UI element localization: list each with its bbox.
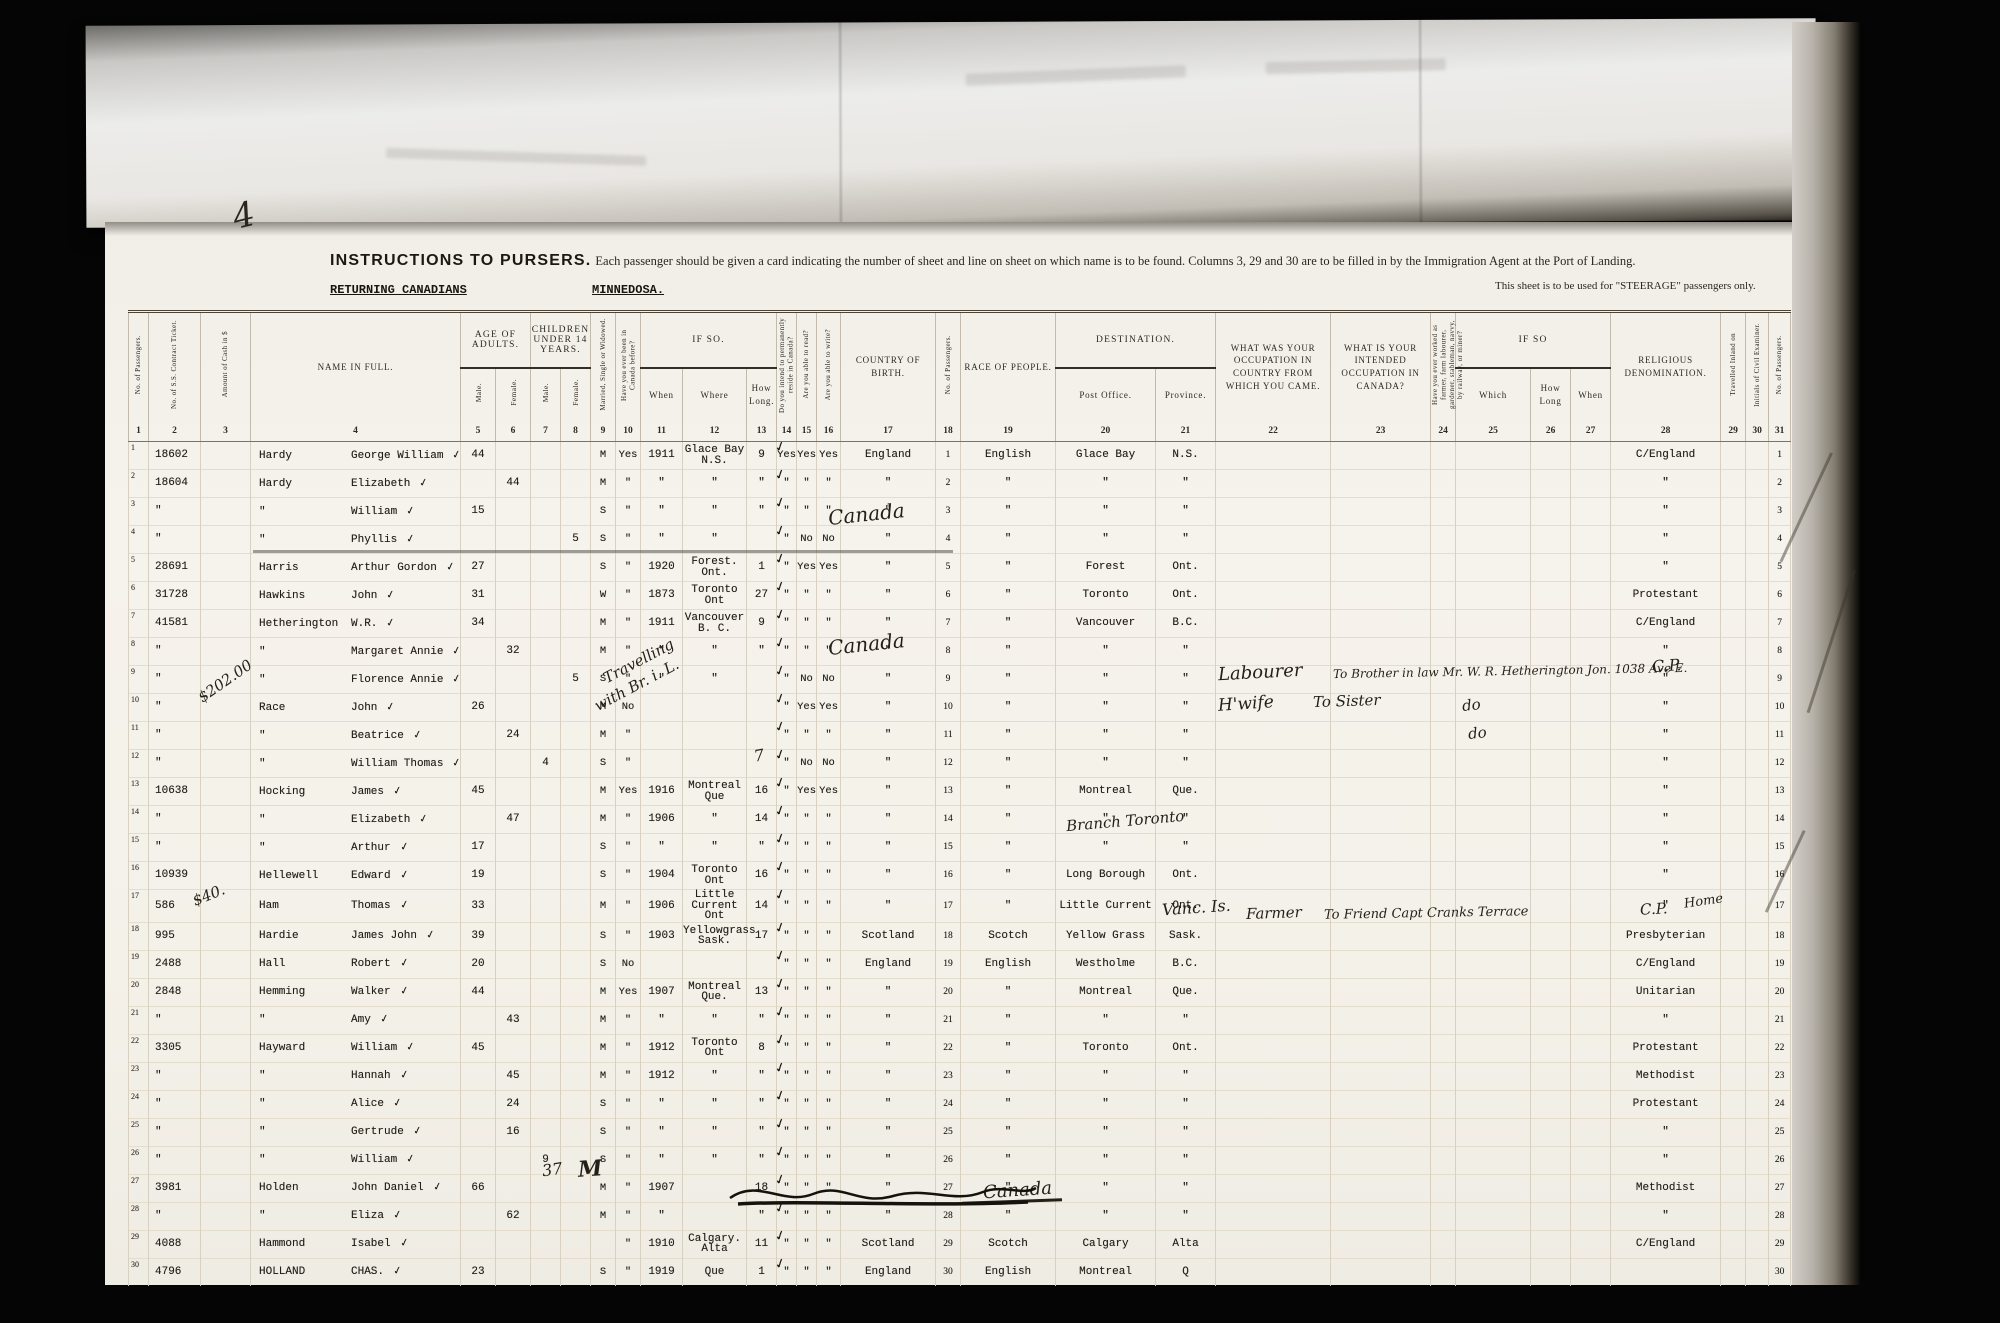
table-cell: [561, 1006, 591, 1034]
table-cell: ": [797, 1118, 817, 1146]
table-cell: "✓: [747, 1006, 777, 1034]
table-cell: [1721, 1062, 1746, 1090]
table-cell: ": [1611, 834, 1721, 862]
checkmark-icon: ✓: [406, 505, 415, 517]
table-cell: [531, 694, 561, 722]
table-cell: England: [841, 1258, 936, 1286]
table-cell: M: [591, 638, 616, 666]
table-cell: [561, 442, 591, 470]
table-cell: ": [1056, 1006, 1156, 1034]
table-cell: ": [683, 638, 747, 666]
table-cell: ✓: [747, 950, 777, 978]
table-cell: "Arthur✓: [251, 834, 461, 862]
table-cell: Glace Bay: [1056, 442, 1156, 470]
table-cell: 19: [461, 862, 496, 890]
table-cell: 10638: [149, 778, 201, 806]
table-cell: [1571, 978, 1611, 1006]
table-cell: [1571, 834, 1611, 862]
table-area: No. of Passengers.No. of S.S. Contract T…: [128, 310, 1790, 1286]
table-cell: ": [817, 582, 841, 610]
table-cell: "✓: [747, 1118, 777, 1146]
table-cell: [1611, 1258, 1721, 1286]
table-cell: [1531, 750, 1571, 778]
table-cell: ": [797, 582, 817, 610]
table-cell: HallRobert✓: [251, 950, 461, 978]
table-cell: 20: [461, 950, 496, 978]
table-cell: Toronto Ont: [683, 1034, 747, 1062]
table-cell: 39: [461, 922, 496, 950]
table-cell: ": [777, 638, 797, 666]
table-cell: [201, 1146, 251, 1174]
table-cell: M: [591, 1062, 616, 1090]
table-cell: [1571, 862, 1611, 890]
table-cell: 18602: [149, 442, 201, 470]
table-cell: [201, 1090, 251, 1118]
table-cell: 21: [129, 1006, 149, 1034]
table-cell: ": [961, 582, 1056, 610]
table-cell: [531, 978, 561, 1006]
table-cell: [1431, 978, 1456, 1006]
table-cell: ": [841, 806, 936, 834]
column-number: 10: [616, 421, 641, 442]
table-cell: ": [777, 498, 797, 526]
table-cell: ": [1156, 498, 1216, 526]
table-cell: [1431, 1174, 1456, 1202]
table-cell: [1456, 610, 1531, 638]
table-cell: 9✓: [747, 610, 777, 638]
table-cell: [1216, 1034, 1331, 1062]
table-cell: ": [961, 978, 1056, 1006]
table-cell: C/England: [1611, 1230, 1721, 1258]
table-cell: [1531, 722, 1571, 750]
table-cell: ": [777, 1146, 797, 1174]
table-cell: No: [817, 666, 841, 694]
table-cell: ": [1611, 862, 1721, 890]
table-cell: [1721, 922, 1746, 950]
table-cell: [201, 442, 251, 470]
table-cell: 15: [1769, 834, 1791, 862]
checkmark-icon: ✓: [393, 1266, 402, 1278]
column-header: Post Office.: [1056, 368, 1156, 421]
table-cell: [1721, 694, 1746, 722]
folded-page-top: [86, 18, 1817, 228]
column-header: No. of Passengers.: [1769, 312, 1791, 422]
table-cell: 4088: [149, 1230, 201, 1258]
table-cell: ": [1056, 750, 1156, 778]
table-cell: 9✓: [747, 442, 777, 470]
table-cell: [561, 922, 591, 950]
table-cell: ": [797, 610, 817, 638]
table-cell: 12: [1769, 750, 1791, 778]
table-cell: ": [777, 950, 797, 978]
table-cell: 12: [129, 750, 149, 778]
table-cell: [1456, 1090, 1531, 1118]
table-cell: [496, 862, 531, 890]
column-header: Married, Single or Widowed.: [591, 312, 616, 422]
table-cell: 13: [936, 778, 961, 806]
table-cell: 3305: [149, 1034, 201, 1062]
table-cell: 17: [461, 834, 496, 862]
table-cell: [683, 750, 747, 778]
instructions-header: INSTRUCTIONS TO PURSERS. Each passenger …: [330, 252, 1760, 270]
table-cell: HawkinsJohn✓: [251, 582, 461, 610]
table-cell: [1431, 610, 1456, 638]
table-cell: 1916: [641, 778, 683, 806]
handwritten-note: C.P.: [1651, 655, 1682, 676]
table-cell: 8: [129, 638, 149, 666]
table-row: 8""Margaret Annie✓32M""""✓""""8""""8: [129, 638, 1791, 666]
column-header: Amount of Cash in $: [201, 312, 251, 422]
table-cell: 41581: [149, 610, 201, 638]
column-number: 27: [1571, 421, 1611, 442]
table-cell: [531, 922, 561, 950]
table-cell: 8✓: [747, 1034, 777, 1062]
table-cell: N.S.: [1156, 442, 1216, 470]
table-cell: 14✓: [747, 806, 777, 834]
table-cell: [201, 582, 251, 610]
table-cell: [1431, 834, 1456, 862]
table-cell: [1456, 1006, 1531, 1034]
table-cell: Ont.: [1156, 554, 1216, 582]
table-cell: ": [1611, 470, 1721, 498]
table-cell: [1571, 1090, 1611, 1118]
table-cell: ": [797, 806, 817, 834]
table-cell: 8: [1769, 638, 1791, 666]
table-cell: [1531, 1174, 1571, 1202]
table-cell: [1216, 526, 1331, 554]
table-cell: ": [817, 1034, 841, 1062]
table-cell: 24: [496, 1090, 531, 1118]
table-cell: 28: [129, 1202, 149, 1230]
column-number: 26: [1531, 421, 1571, 442]
table-cell: ": [1156, 1174, 1216, 1202]
table-cell: 1920: [641, 554, 683, 582]
table-cell: 23: [461, 1258, 496, 1286]
table-cell: [1571, 1174, 1611, 1202]
table-cell: 22: [129, 1034, 149, 1062]
table-cell: [1746, 1258, 1769, 1286]
table-cell: 44: [461, 442, 496, 470]
table-cell: ": [641, 1006, 683, 1034]
table-cell: ": [777, 978, 797, 1006]
table-cell: ": [797, 638, 817, 666]
table-cell: 19: [1769, 950, 1791, 978]
table-cell: ": [817, 862, 841, 890]
table-cell: HockingJames✓: [251, 778, 461, 806]
table-cell: ": [777, 1034, 797, 1062]
table-cell: [1431, 526, 1456, 554]
column-header: No. of S.S. Contract Ticket.: [149, 312, 201, 422]
table-cell: [1456, 1174, 1531, 1202]
table-cell: ": [149, 1202, 201, 1230]
table-cell: ": [1056, 526, 1156, 554]
table-cell: 4: [129, 526, 149, 554]
table-cell: [1746, 470, 1769, 498]
table-cell: ": [841, 694, 936, 722]
table-cell: C/England: [1611, 950, 1721, 978]
table-cell: ": [1611, 1146, 1721, 1174]
table-cell: [1331, 498, 1431, 526]
column-header: RACE OF PEOPLE.: [961, 312, 1056, 422]
table-cell: [1721, 666, 1746, 694]
table-cell: [1456, 1034, 1531, 1062]
table-cell: "Hannah✓: [251, 1062, 461, 1090]
table-cell: No: [797, 750, 817, 778]
pen-stroke: [253, 550, 953, 553]
table-cell: [641, 722, 683, 750]
table-row: 202848HemmingWalker✓44MYes1907Montreal Q…: [129, 978, 1791, 1006]
column-header: WHAT WAS YOUR OCCUPATION IN COUNTRY FROM…: [1216, 312, 1331, 422]
table-cell: ": [777, 610, 797, 638]
table-cell: 15: [129, 834, 149, 862]
table-cell: [1431, 950, 1456, 978]
table-cell: ": [1156, 526, 1216, 554]
table-cell: [1456, 582, 1531, 610]
table-cell: 1919: [641, 1258, 683, 1286]
table-cell: 6: [936, 582, 961, 610]
table-cell: ": [149, 666, 201, 694]
table-cell: [1746, 498, 1769, 526]
table-cell: ": [961, 890, 1056, 923]
table-cell: ": [616, 890, 641, 923]
table-cell: ": [1156, 1202, 1216, 1230]
table-row: 18995HardieJames John✓39S"1903Yellowgras…: [129, 922, 1791, 950]
column-header: Male.: [461, 368, 496, 421]
table-cell: B.C.: [1156, 610, 1216, 638]
table-cell: [1721, 498, 1746, 526]
table-cell: 24: [129, 1090, 149, 1118]
table-cell: C/England: [1611, 610, 1721, 638]
column-number: 31: [1769, 421, 1791, 442]
table-cell: 3: [129, 498, 149, 526]
checkmark-icon: ✓: [386, 589, 395, 601]
column-header: Do you intend to permanently reside in C…: [777, 312, 797, 422]
column-header: NAME IN FULL.: [251, 312, 461, 422]
table-cell: "Elizabeth✓: [251, 806, 461, 834]
table-cell: ": [777, 890, 797, 923]
table-cell: Alta: [1156, 1230, 1216, 1258]
checkmark-icon: ✓: [406, 1154, 415, 1166]
table-cell: [496, 666, 531, 694]
table-cell: [531, 722, 561, 750]
table-cell: ": [1056, 666, 1156, 694]
column-number: 25: [1456, 421, 1531, 442]
table-cell: 4: [531, 750, 561, 778]
table-cell: [201, 1230, 251, 1258]
column-number: 28: [1611, 421, 1721, 442]
table-cell: [1216, 806, 1331, 834]
table-row: 10"RaceJohn✓26MNo✓"YesYes"10""""10: [129, 694, 1791, 722]
table-cell: Toronto: [1056, 1034, 1156, 1062]
table-cell: 23: [936, 1062, 961, 1090]
table-cell: 22: [1769, 1034, 1791, 1062]
table-cell: [496, 890, 531, 923]
table-cell: M: [591, 806, 616, 834]
table-cell: ": [961, 638, 1056, 666]
table-cell: [683, 694, 747, 722]
table-cell: Little Current: [1056, 890, 1156, 923]
table-cell: [1331, 526, 1431, 554]
table-cell: "William✓: [251, 498, 461, 526]
column-header: Female.: [561, 368, 591, 421]
table-cell: ": [797, 470, 817, 498]
table-cell: [561, 694, 591, 722]
table-cell: ": [641, 1202, 683, 1230]
table-cell: Scotch: [961, 922, 1056, 950]
table-cell: ": [777, 862, 797, 890]
table-cell: ": [797, 1034, 817, 1062]
handwritten-note: M: [577, 1155, 603, 1183]
table-cell: HardieJames John✓: [251, 922, 461, 950]
table-cell: ": [961, 862, 1056, 890]
table-cell: ": [797, 1006, 817, 1034]
table-cell: ": [683, 498, 747, 526]
table-cell: ": [1156, 1062, 1216, 1090]
table-cell: [201, 978, 251, 1006]
table-cell: ": [841, 890, 936, 923]
table-cell: [461, 1230, 496, 1258]
table-cell: ": [1611, 1118, 1721, 1146]
table-cell: 2: [1769, 470, 1791, 498]
table-cell: [1216, 610, 1331, 638]
table-row: 25""Gertrude✓16S""""✓""""25""""25: [129, 1118, 1791, 1146]
table-cell: [1431, 1034, 1456, 1062]
column-header: Travelled Inland on: [1721, 312, 1746, 422]
table-cell: ": [841, 834, 936, 862]
column-number: 22: [1216, 421, 1331, 442]
checkmark-icon: ✓: [400, 958, 409, 970]
column-number: 18: [936, 421, 961, 442]
ship-name: MINNEDOSA.: [592, 283, 664, 297]
table-cell: [1456, 922, 1531, 950]
column-header: No. of Passengers.: [936, 312, 961, 422]
table-cell: [561, 1062, 591, 1090]
table-cell: 1912: [641, 1034, 683, 1062]
table-cell: [1431, 1230, 1456, 1258]
table-cell: ": [616, 1118, 641, 1146]
table-cell: [1571, 638, 1611, 666]
table-cell: [1331, 442, 1431, 470]
column-header: How Long.: [747, 368, 777, 421]
table-cell: 20: [1769, 978, 1791, 1006]
table-cell: Que.: [1156, 978, 1216, 1006]
table-cell: 9: [129, 666, 149, 694]
table-cell: [201, 1258, 251, 1286]
column-number: 9: [591, 421, 616, 442]
table-cell: 15: [936, 834, 961, 862]
table-cell: [1746, 890, 1769, 923]
table-cell: England: [841, 950, 936, 978]
column-group-header: CHILDREN UNDER 14 YEARS.: [531, 312, 591, 369]
table-cell: ": [961, 806, 1056, 834]
table-cell: [1331, 722, 1431, 750]
table-cell: Vancouver B. C.: [683, 610, 747, 638]
table-cell: 16: [496, 1118, 531, 1146]
table-cell: [1721, 638, 1746, 666]
table-cell: [1216, 582, 1331, 610]
table-cell: [461, 806, 496, 834]
table-cell: [531, 1062, 561, 1090]
table-cell: [1571, 1006, 1611, 1034]
column-header: WHAT IS YOUR INTENDED OCCUPATION IN CANA…: [1331, 312, 1431, 422]
table-cell: [1216, 1062, 1331, 1090]
table-cell: [561, 1118, 591, 1146]
table-cell: 11✓: [747, 1230, 777, 1258]
table-cell: 26: [936, 1146, 961, 1174]
table-cell: 13✓: [747, 978, 777, 1006]
table-cell: [641, 750, 683, 778]
table-cell: ": [961, 470, 1056, 498]
table-cell: ✓: [747, 694, 777, 722]
table-cell: 9: [936, 666, 961, 694]
table-cell: ": [616, 1146, 641, 1174]
table-cell: ": [797, 498, 817, 526]
table-cell: ": [616, 834, 641, 862]
table-cell: [1571, 922, 1611, 950]
table-cell: Scotland: [841, 922, 936, 950]
table-cell: ": [1611, 806, 1721, 834]
table-cell: ": [149, 498, 201, 526]
table-cell: [1431, 470, 1456, 498]
table-cell: 31: [461, 582, 496, 610]
table-cell: Ont.: [1156, 862, 1216, 890]
table-cell: [531, 1258, 561, 1286]
table-cell: 62: [496, 1202, 531, 1230]
table-cell: 66: [461, 1174, 496, 1202]
column-group-header: IF SO: [1456, 312, 1611, 369]
table-cell: 29: [129, 1230, 149, 1258]
table-cell: 25: [1769, 1118, 1791, 1146]
table-cell: [1431, 722, 1456, 750]
table-cell: [641, 694, 683, 722]
table-cell: [1531, 862, 1571, 890]
table-cell: [1456, 950, 1531, 978]
table-cell: S: [591, 1118, 616, 1146]
table-cell: "✓: [747, 1090, 777, 1118]
table-cell: 24: [936, 1090, 961, 1118]
table-cell: 5: [936, 554, 961, 582]
table-cell: ": [841, 1118, 936, 1146]
table-cell: ": [817, 470, 841, 498]
table-cell: [1531, 554, 1571, 582]
table-cell: Que: [683, 1258, 747, 1286]
table-cell: [1746, 638, 1769, 666]
table-cell: [1721, 582, 1746, 610]
table-cell: 14: [936, 806, 961, 834]
table-cell: ": [641, 1146, 683, 1174]
table-cell: [531, 806, 561, 834]
table-cell: [1746, 834, 1769, 862]
table-cell: ✓: [747, 666, 777, 694]
table-cell: [1331, 778, 1431, 806]
table-cell: [531, 1006, 561, 1034]
table-cell: [1531, 1202, 1571, 1230]
column-number: 24: [1431, 421, 1456, 442]
table-cell: M: [591, 442, 616, 470]
table-cell: [1571, 442, 1611, 470]
table-cell: 10939: [149, 862, 201, 890]
column-number: 21: [1156, 421, 1216, 442]
table-cell: B.C.: [1156, 950, 1216, 978]
table-cell: 1906: [641, 806, 683, 834]
table-cell: [201, 470, 251, 498]
table-cell: Yes: [817, 694, 841, 722]
table-cell: [201, 1062, 251, 1090]
table-cell: ": [777, 666, 797, 694]
table-cell: S: [591, 554, 616, 582]
table-cell: [1746, 750, 1769, 778]
table-cell: [496, 1034, 531, 1062]
